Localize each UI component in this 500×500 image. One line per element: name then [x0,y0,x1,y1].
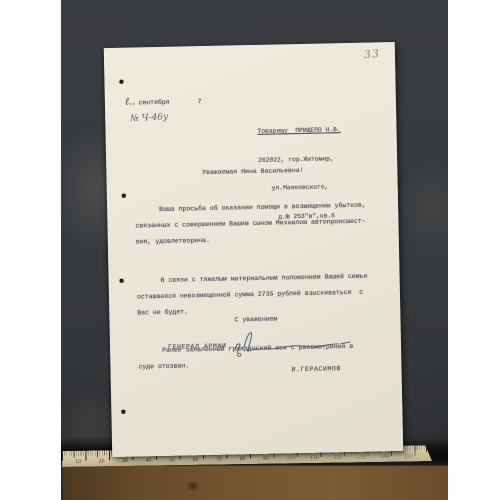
signer-name: И.ГЕРАСИМОВ [291,364,341,375]
wood-table-edge [63,466,448,500]
paper-document: 33 ℓ..сентября7 № Ч-46у Товарищу ПРИЩЕПО… [104,42,404,457]
ruler-number: 130 [357,454,381,460]
date-day-handwritten: ℓ.. [125,96,136,107]
ruler-number: 20 [98,458,122,464]
date-line: ℓ..сентября7 [125,96,202,108]
punch-hole [119,80,123,84]
ruler-number: 150 [404,453,428,459]
ruler-number: 30 [122,458,146,464]
white-margin-left [0,0,61,500]
ruler-number: 50 [169,457,193,463]
signer-rank: ГЕНЕРАЛ АРМИИ [168,342,227,353]
ruler-number: 100 [286,455,310,461]
punch-hole [121,410,125,414]
ruler-number: 40 [145,457,169,463]
page-number-annotation: 33 [363,47,380,61]
punch-hole [122,194,126,198]
white-margin-right [448,0,500,500]
punch-hole [120,279,124,283]
recipient-name: Товарищу ПРИЩЕПО Н.В. [257,125,340,136]
ruler-number: 10 [75,458,99,464]
ruler-number: 120 [333,454,357,460]
ruler-number: 60 [192,457,216,463]
ruler-number: 90 [263,455,287,461]
photo-dark-surface: 102030405060708090100110120130140150 33 … [61,0,448,500]
ruler-number: 80 [239,456,263,462]
date-year-digit: 7 [198,98,202,105]
ruler-number: 110 [310,455,334,461]
letter-body: Ваша просьба об оказании помощи в возмещ… [135,178,378,398]
handwritten-signature [228,326,359,359]
reference-number-handwritten: № Ч-46у [130,112,169,124]
recipient-postcode-city: 262022, гор.Житомир, [258,154,341,165]
date-month: сентября [138,99,169,107]
letter-paragraph: Ваша просьба об оказании помощи в возмещ… [135,197,375,251]
ruler-number: 140 [380,454,404,460]
ruler-number: 70 [216,456,240,462]
